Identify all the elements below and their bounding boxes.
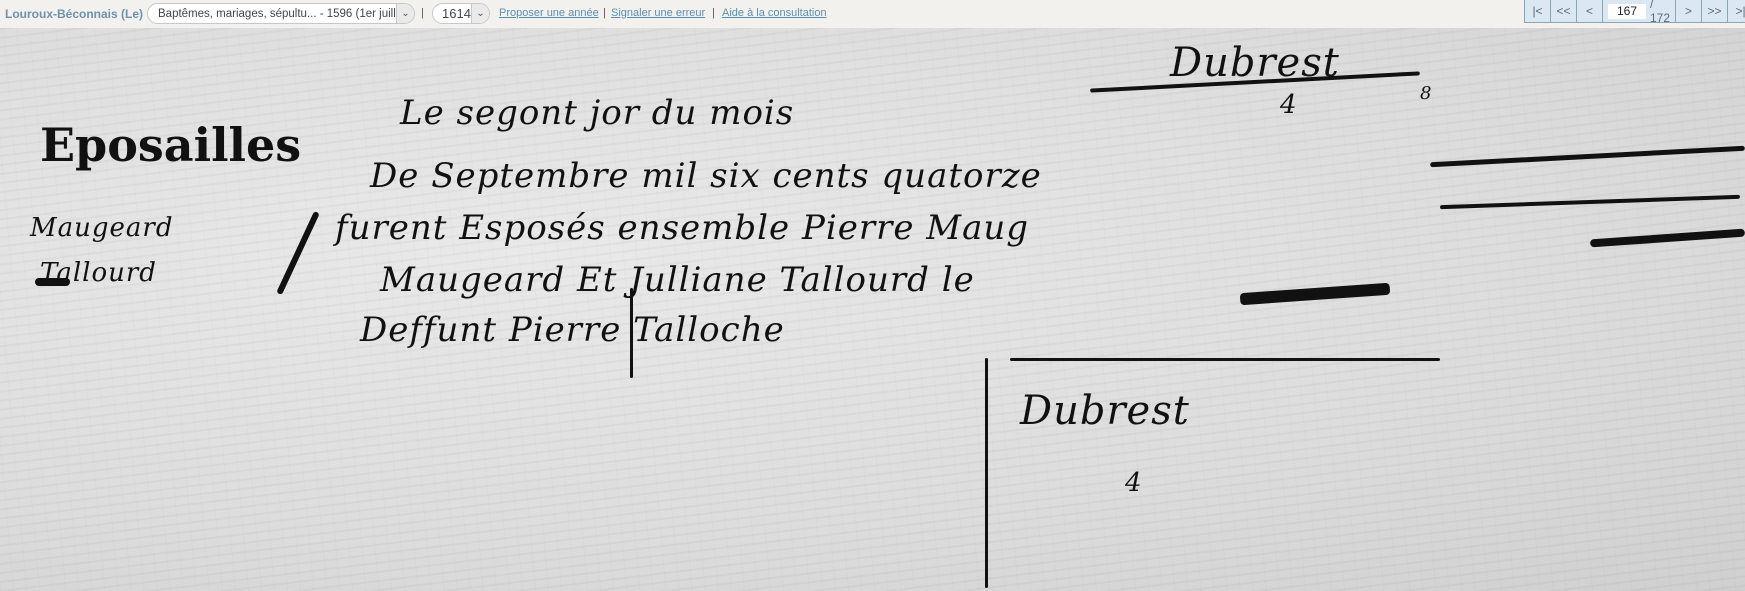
ink-stroke <box>1240 283 1390 305</box>
ink-stroke <box>1440 195 1740 209</box>
ink-stroke <box>1430 146 1745 167</box>
register-select[interactable]: Baptêmes, mariages, sépultu... - 1596 (1… <box>147 3 415 24</box>
page-total: / 172 <box>1650 0 1675 25</box>
chevron-down-icon[interactable]: ⌄ <box>396 4 414 23</box>
previous-page-button[interactable]: < <box>1577 0 1603 22</box>
ink-stroke <box>1010 358 1440 361</box>
propose-year-link[interactable]: Proposer une année <box>499 7 599 19</box>
page-number-input[interactable] <box>1608 4 1646 19</box>
separator: | <box>712 7 715 19</box>
chevron-down-icon[interactable]: ⌄ <box>471 4 489 23</box>
signature: Dubrest <box>1170 40 1340 86</box>
mark: 4 <box>1125 468 1143 498</box>
page-indicator: / 172 <box>1603 0 1676 22</box>
ink-stroke <box>630 288 633 378</box>
ink-stroke <box>276 211 319 295</box>
record-line: furent Esposés ensemble Pierre Maug <box>335 208 1029 248</box>
year-select-value: 1614 <box>442 6 471 21</box>
mark: 8 <box>1420 83 1432 104</box>
margin-name: Maugeard <box>30 213 173 243</box>
separator: | <box>603 7 606 19</box>
signature: Dubrest <box>1020 388 1190 434</box>
commune-title: Louroux-Béconnais (Le) <box>5 7 143 21</box>
document-image-viewer[interactable]: Eposailles Maugeard Tallourd Le segont j… <box>0 28 1745 591</box>
last-page-button[interactable]: >| <box>1728 0 1745 22</box>
record-line: De Septembre mil six cents quatorze <box>370 156 1042 196</box>
ink-stroke <box>35 278 70 286</box>
margin-title: Eposailles <box>40 118 301 172</box>
register-select-value: Baptêmes, mariages, sépultu... - 1596 (1… <box>158 8 415 20</box>
first-page-button[interactable]: |< <box>1525 0 1551 22</box>
separator: | <box>421 7 424 19</box>
page-navigator: |< << < / 172 > >> >| <box>1524 0 1745 23</box>
mark: 4 <box>1280 90 1298 120</box>
ink-stroke <box>1590 229 1745 248</box>
fast-forward-button[interactable]: >> <box>1702 0 1728 22</box>
next-page-button[interactable]: > <box>1676 0 1702 22</box>
record-line: Le segont jor du mois <box>400 93 794 133</box>
record-line: Maugeard Et Julliane Tallourd le <box>380 260 975 300</box>
record-line: Deffunt Pierre Talloche <box>360 310 785 350</box>
viewer-toolbar: Louroux-Béconnais (Le) Baptêmes, mariage… <box>0 0 1745 28</box>
year-select[interactable]: 1614 ⌄ <box>432 3 490 24</box>
rewind-button[interactable]: << <box>1551 0 1577 22</box>
report-error-link[interactable]: Signaler une erreur <box>611 7 705 19</box>
ink-stroke <box>985 358 988 588</box>
help-link[interactable]: Aide à la consultation <box>722 7 827 19</box>
